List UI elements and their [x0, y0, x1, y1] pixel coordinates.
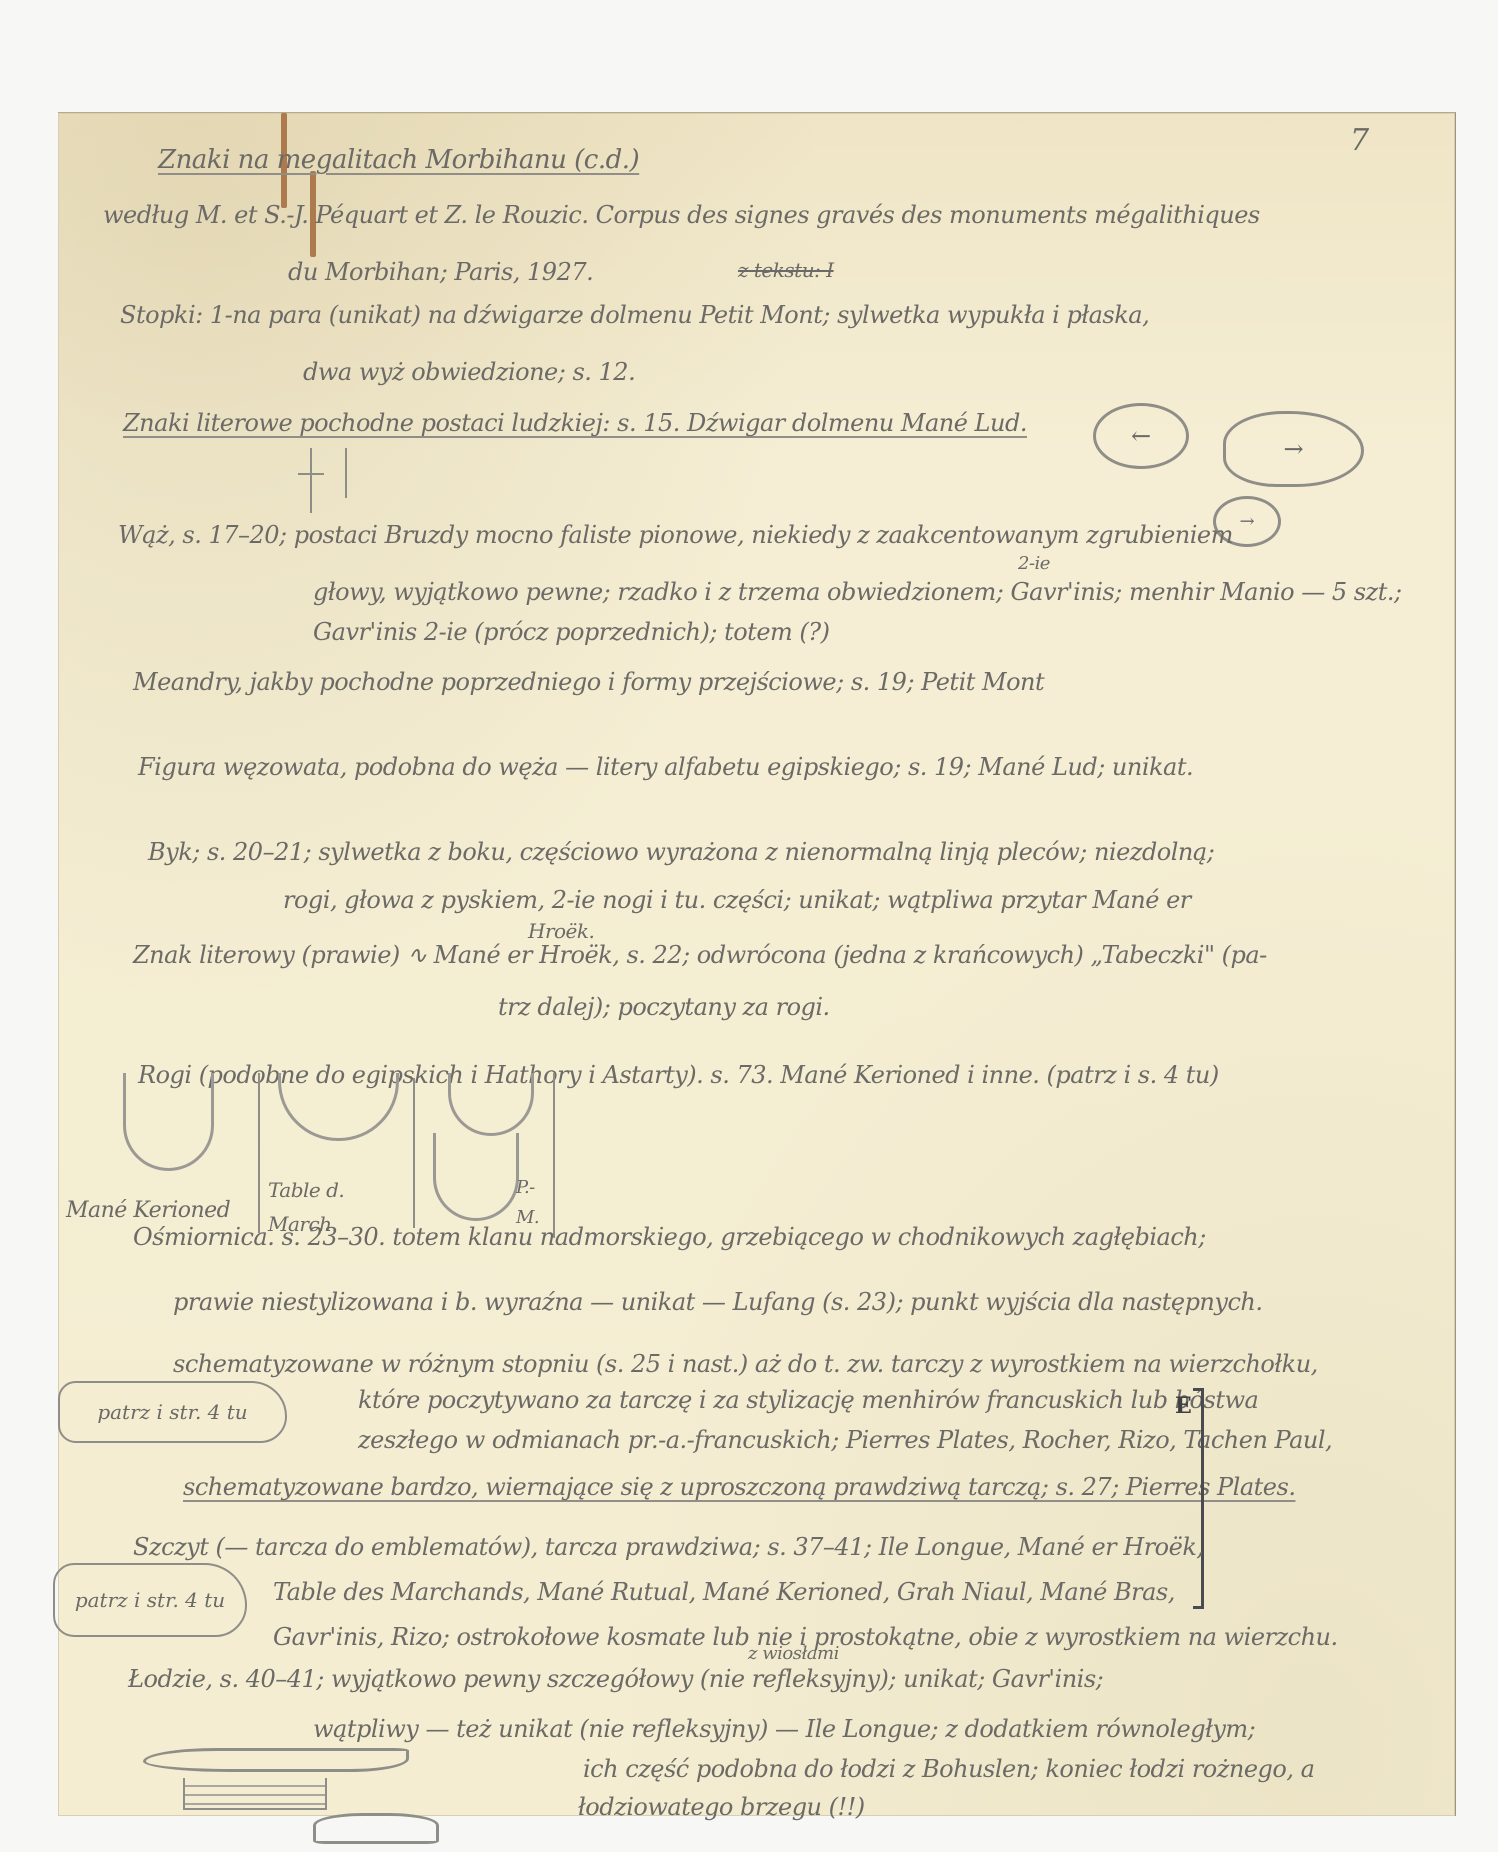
entry-znak-literowy-line-2: trz dalej); poczytany za rogi.	[498, 993, 830, 1021]
entry-byk-line-3: Hroëk.	[528, 919, 594, 943]
sketch-arrow-right-icon: →	[1223, 411, 1364, 487]
entry-lodzie-superscript: z wiosłami	[748, 1643, 839, 1664]
entry-stopki-line-2: dwa wyż obwiedzione; s. 12.	[303, 358, 635, 386]
page-title: Znaki na megalitach Morbihanu (c.d.)	[158, 145, 639, 175]
entry-meandry-line-1: Meandry, jakby pochodne poprzedniego i f…	[133, 668, 1044, 696]
manuscript-page: 7 Znaki na megalitach Morbihanu (c.d.) w…	[58, 112, 1456, 1816]
sketch-horns-mane-kerioned	[123, 1073, 214, 1171]
page-number: 7	[1350, 123, 1369, 158]
entry-szczyt-line-1: Szczyt (— tarcza do emblematów), tarcza …	[133, 1533, 1203, 1561]
struck-note: z tekstu: I	[738, 258, 834, 282]
sketch-horns-table-des-marchands	[278, 1073, 399, 1141]
source-line-1: według M. et S.-J. Péquart et Z. le Rouz…	[103, 201, 1260, 229]
entry-figura-line-1: Figura węzowata, podobna do węża — liter…	[138, 753, 1193, 781]
entry-lodzie-line-2: wątpliwy — też unikat (nie refleksyjny) …	[313, 1715, 1255, 1743]
entry-znaki-literowe-line-1: Znaki literowe pochodne postaci ludzkiej…	[123, 409, 1027, 437]
entry-osmiornica-line-3: schematyzowane w różnym stopniu (s. 25 i…	[173, 1350, 1318, 1378]
sketch-boat-small	[313, 1813, 439, 1844]
sketch-label-mane-kerioned: Mané Kerioned	[66, 1198, 230, 1223]
entry-osmiornica-line-4: które poczytywano za tarczę i za styliza…	[358, 1386, 1258, 1414]
entry-stopki-line-1: Stopki: 1-na para (unikat) na dźwigarze …	[120, 301, 1149, 329]
entry-lodzie-line-1: Łodzie, s. 40–41; wyjątkowo pewny szczeg…	[128, 1665, 1103, 1693]
sketch-divider-1	[258, 1073, 260, 1233]
entry-osmiornica-line-1: Ośmiornica. s. 23–30. totem klanu nadmor…	[133, 1223, 1206, 1251]
sketch-human-figure-1-arm	[298, 473, 324, 475]
entry-byk-line-1: Byk; s. 20–21; sylwetka z boku, częściow…	[148, 838, 1214, 866]
margin-note-2: patrz i str. 4 tu	[53, 1563, 247, 1637]
bracket-label: E	[1175, 1393, 1191, 1419]
entry-byk-line-2: rogi, głowa z pyskiem, 2-ie nogi i tu. c…	[283, 886, 1191, 914]
entry-waz-line-2: głowy, wyjątkowo pewne; rzadko i z trzem…	[313, 578, 1402, 606]
source-line-2: du Morbihan; Paris, 1927.	[288, 258, 593, 286]
entry-osmiornica-line-2: prawie niestylizowana i b. wyraźna — uni…	[173, 1288, 1262, 1316]
sketch-horns-pm-upper	[448, 1073, 534, 1136]
entry-lodzie-line-3: ich część podobna do łodzi z Bohuslen; k…	[583, 1755, 1314, 1783]
margin-note-1: patrz i str. 4 tu	[58, 1381, 287, 1443]
entry-waz-line-1: Wąż, s. 17–20; postaci Bruzdy mocno fali…	[118, 521, 1233, 549]
entry-osmiornica-line-5: zeszłego w odmianach pr.-a.-francuskich;…	[358, 1426, 1332, 1454]
entry-lodzie-line-4: łodziowatego brzegu (!!)	[578, 1793, 865, 1821]
entry-waz-line-3: Gavr'inis 2-ie (prócz poprzednich); tote…	[313, 618, 830, 646]
entry-znak-literowy-line-1: Znak literowy (prawie) ∿ Mané er Hroëk, …	[133, 941, 1267, 969]
sketch-divider-2	[413, 1078, 415, 1228]
bracket-mark	[1193, 1388, 1204, 1609]
sketch-human-figure-1	[310, 448, 312, 513]
sketch-horns-pm-lower	[433, 1133, 519, 1221]
entry-waz-superscript: 2-ie	[1018, 553, 1050, 574]
entry-osmiornica-line-6: schematyzowane bardzo, wiernające się z …	[183, 1473, 1295, 1501]
sketch-boat-hull	[143, 1748, 409, 1772]
sketch-human-figure-2	[345, 448, 347, 498]
entry-szczyt-line-2: Table des Marchands, Mané Rutual, Mané K…	[273, 1578, 1175, 1606]
sketch-boat-base	[183, 1778, 327, 1810]
sketch-arrow-left-icon: ←	[1093, 403, 1189, 469]
